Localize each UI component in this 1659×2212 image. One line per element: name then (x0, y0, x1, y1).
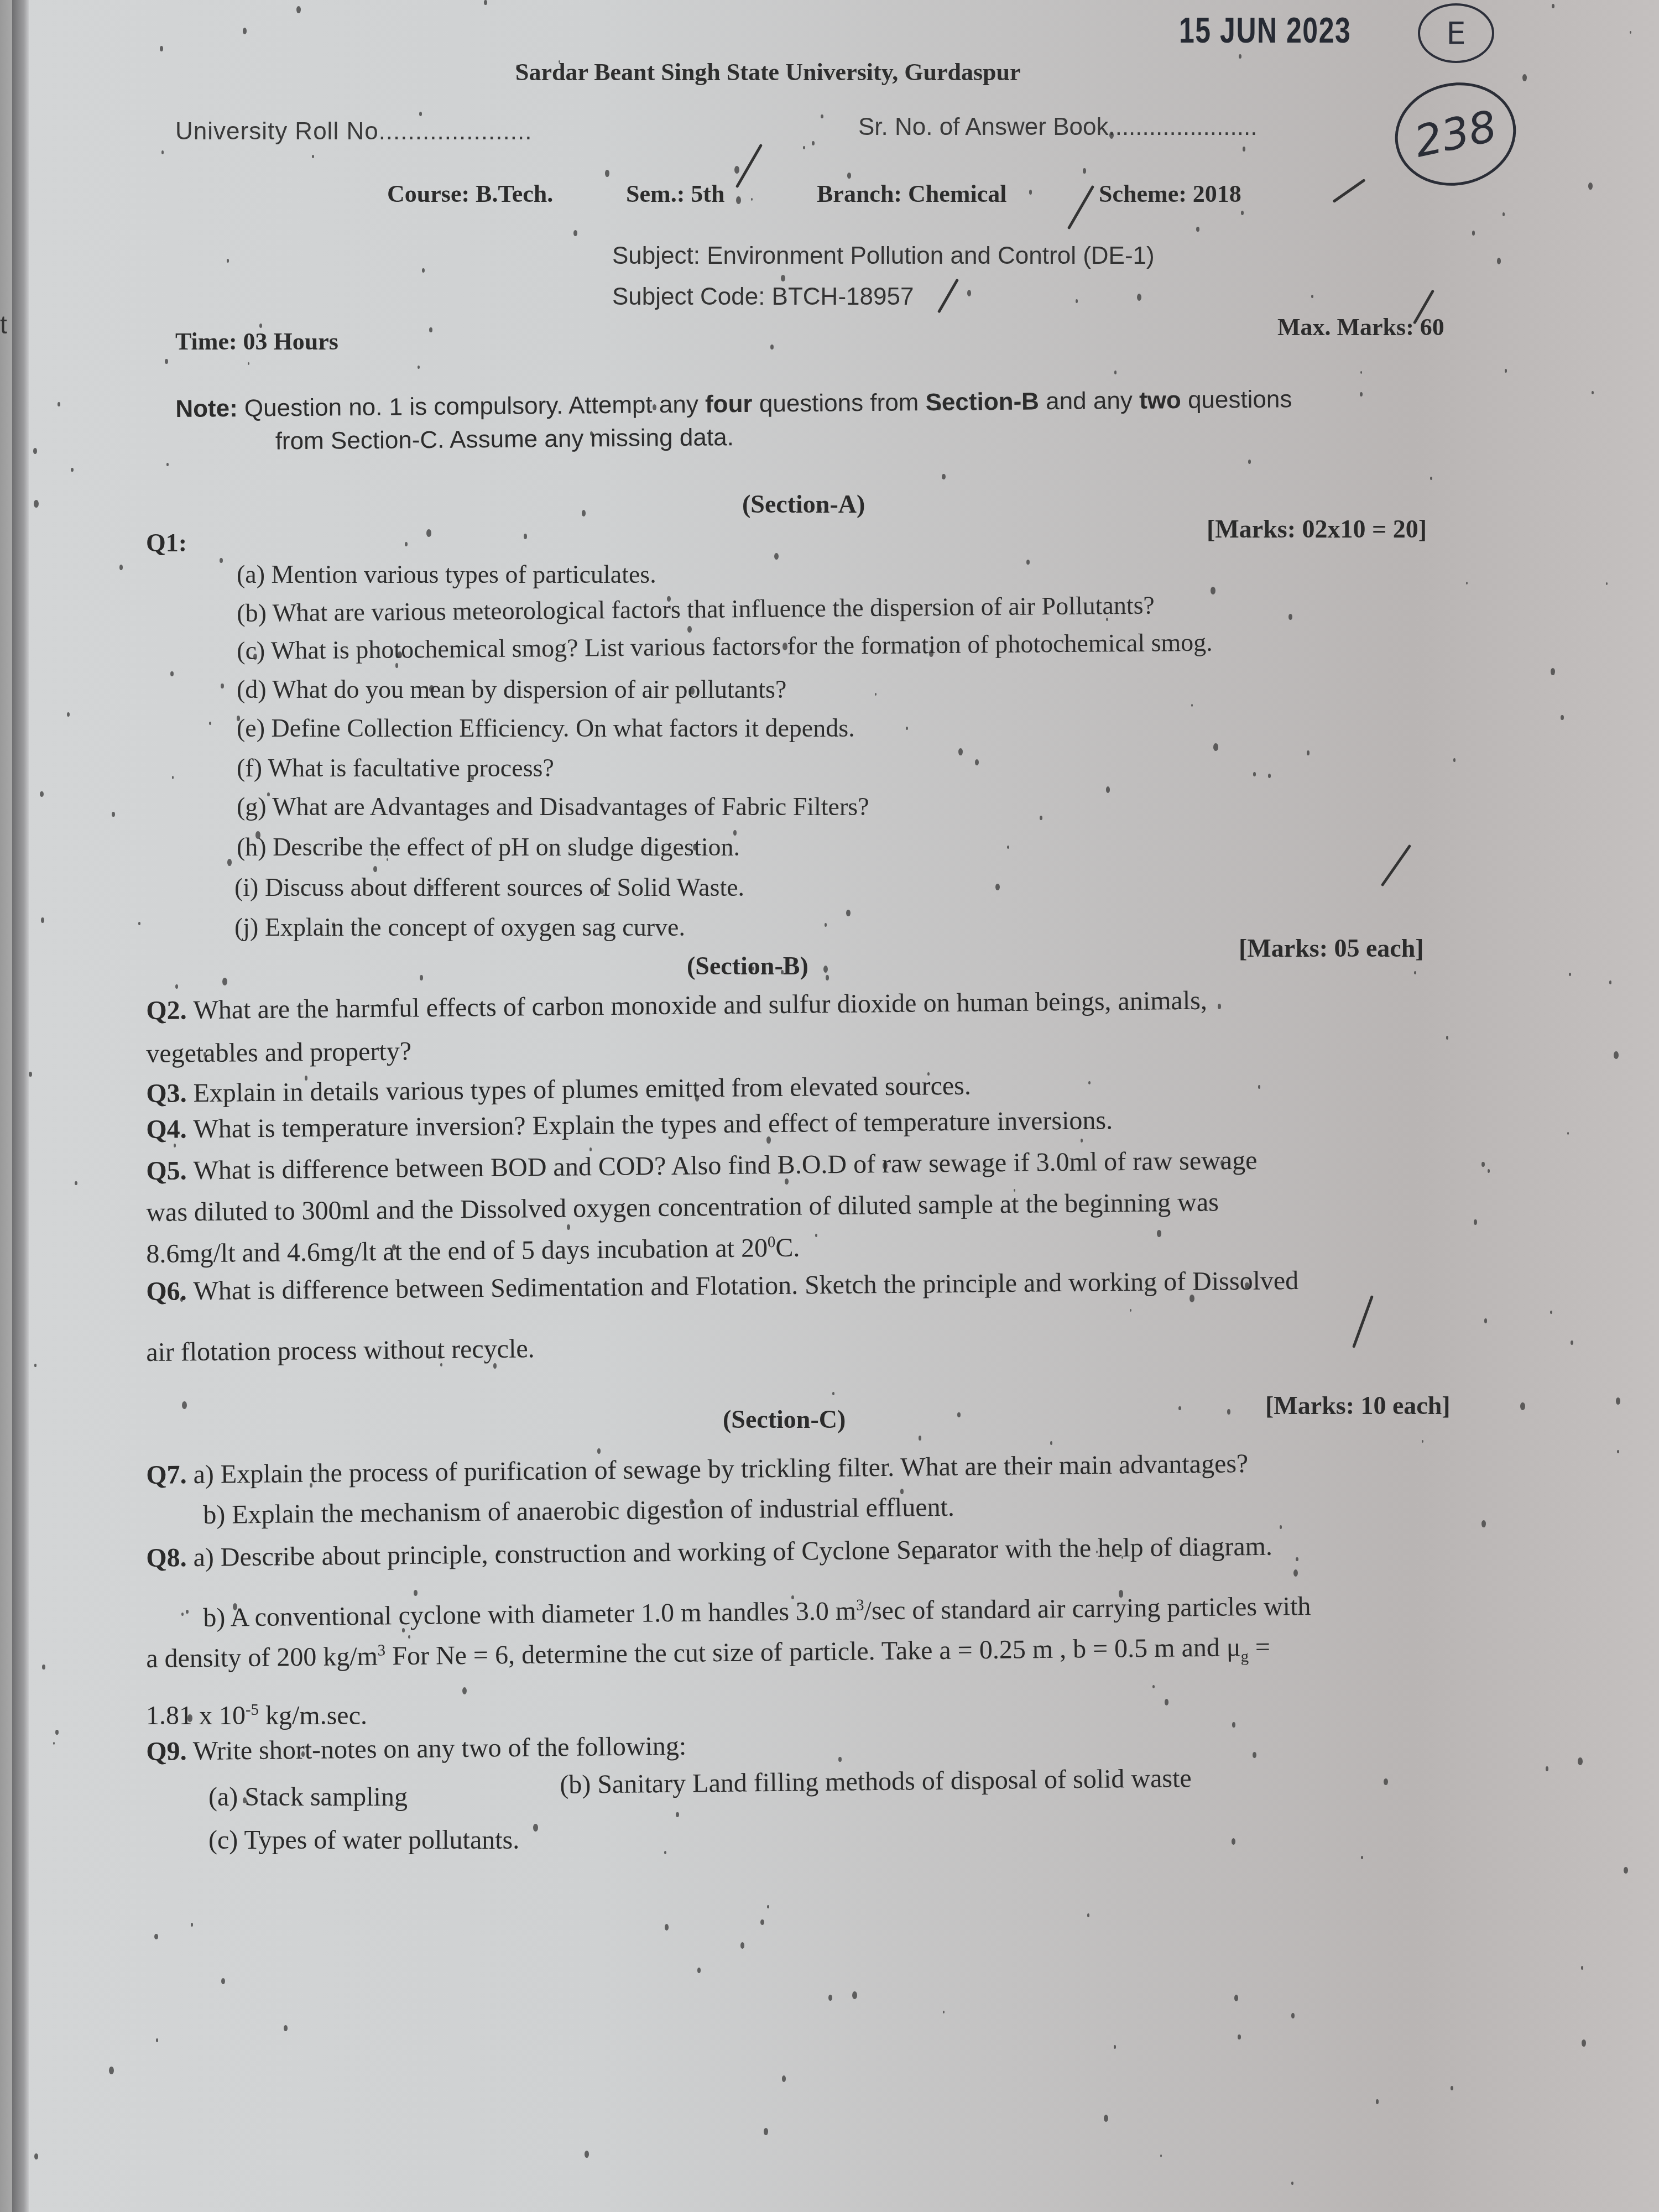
section-b-question-line: Q6. What is difference between Sedimenta… (146, 1265, 1298, 1307)
q1-label: Q1: (146, 528, 187, 557)
q8a: Q8. a) Describe about principle, constru… (146, 1531, 1272, 1573)
q9a: (a) Stack sampling (208, 1782, 408, 1812)
q1-item: (g) What are Advantages and Disadvantage… (237, 792, 869, 821)
q1-item: (a) Mention various types of particulate… (237, 560, 656, 589)
q9b: (b) Sanitary Land filling methods of dis… (560, 1763, 1192, 1800)
question-number: Q5. (146, 1156, 194, 1186)
tick-mark (937, 278, 959, 313)
question-number: Q6. (146, 1276, 194, 1306)
university-name: Sardar Beant Singh State University, Gur… (515, 58, 1021, 86)
tick-mark (735, 144, 763, 188)
section-a-title: (Section-A) (742, 489, 865, 519)
q1-item: (c) What is photochemical smog? List var… (237, 628, 1213, 665)
q1-item: (e) Define Collection Efficiency. On wha… (237, 713, 855, 743)
section-b-question-line: 8.6mg/lt and 4.6mg/lt at the end of 5 da… (146, 1233, 800, 1269)
question-number: Q4. (146, 1114, 194, 1144)
subject: Subject: Environment Pollution and Contr… (612, 242, 1155, 270)
section-b-question-line: Q4. What is temperature inversion? Expla… (146, 1105, 1113, 1145)
q9c: (c) Types of water pollutants. (208, 1825, 519, 1855)
q1-item: (b) What are various meteorological fact… (237, 591, 1155, 628)
q8b-line-1: b) A conventional cyclone with diameter … (203, 1591, 1311, 1633)
adjacent-page-fragment: t (0, 310, 7, 340)
time-allowed: Time: 03 Hours (175, 327, 338, 356)
semester: Sem.: 5th (626, 180, 724, 208)
q1-item: (h) Describe the effect of pH on sludge … (237, 832, 740, 862)
section-b-question-line: Q2. What are the harmful effects of carb… (146, 985, 1207, 1026)
roll-no-field: University Roll No..................... (175, 118, 532, 145)
instructions-note: Note: Question no. 1 is compulsory. Atte… (175, 383, 1292, 459)
section-b-question-line: vegetables and property? (146, 1036, 411, 1069)
q8b-line-2: a density of 200 kg/m3 For Ne = 6, deter… (146, 1632, 1270, 1678)
q7a: Q7. a) Explain the process of purificati… (146, 1448, 1249, 1490)
question-number: Q2. (146, 995, 194, 1025)
exam-paper: 15 JUN 2023 E 238 Sardar Beant Singh Sta… (29, 0, 1659, 2212)
question-number: Q3. (146, 1078, 194, 1108)
tick-mark (1332, 179, 1365, 203)
q1-item: (j) Explain the concept of oxygen sag cu… (234, 912, 685, 942)
section-b-question-line: air flotation process without recycle. (146, 1333, 535, 1368)
section-b-question-line: Q5. What is difference between BOD and C… (146, 1145, 1258, 1186)
note-label: Note: (175, 395, 238, 422)
section-b-title: (Section-B) (687, 951, 808, 980)
answer-book-field: Sr. No. of Answer Book..................… (858, 113, 1257, 141)
section-c-marks: [Marks: 10 each] (1265, 1391, 1451, 1420)
adjacent-page-edge: t (0, 0, 12, 2212)
tick-mark (1067, 185, 1094, 229)
q9: Q9. Write short-notes on any two of the … (146, 1731, 687, 1767)
date-stamp: 15 JUN 2023 (1179, 10, 1351, 51)
branch: Branch: Chemical (817, 180, 1006, 208)
section-c-title: (Section-C) (723, 1405, 846, 1434)
scheme: Scheme: 2018 (1099, 180, 1241, 208)
handwritten-count: 238 (1385, 71, 1526, 197)
stamp-mark: E (1418, 3, 1494, 63)
section-a-marks: [Marks: 02x10 = 20] (1207, 514, 1427, 544)
q1-item: (i) Discuss about different sources of S… (234, 873, 744, 902)
section-b-question-line: was diluted to 300ml and the Dissolved o… (146, 1187, 1219, 1228)
q1-item: (f) What is facultative process? (237, 753, 554, 782)
page-fold-shadow (12, 0, 29, 2212)
q8b-line-3: 1.81 x 10-5 kg/m.sec. (146, 1700, 367, 1731)
section-b-marks: [Marks: 05 each] (1239, 933, 1424, 963)
tick-mark (1381, 844, 1412, 887)
subject-code: Subject Code: BTCH-18957 (612, 283, 914, 311)
course: Course: B.Tech. (387, 180, 553, 208)
q1-item: (d) What do you mean by dispersion of ai… (237, 675, 786, 704)
q7b: b) Explain the mechanism of anaerobic di… (203, 1492, 954, 1530)
tick-mark (1352, 1295, 1374, 1348)
section-b-question-line: Q3. Explain in details various types of … (146, 1071, 971, 1109)
